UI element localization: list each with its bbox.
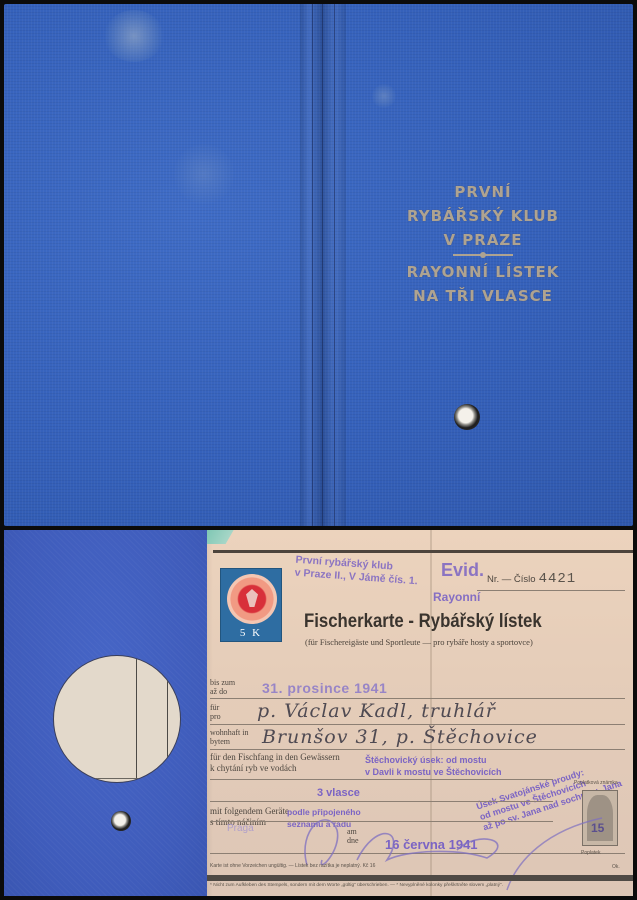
booklet-cover: PRVNÍ RYBÁŘSKÝ KLUB V PRAZE RAYONNÍ LÍST… [4,4,633,526]
cover-title: PRVNÍ RYBÁŘSKÝ KLUB V PRAZE RAYONNÍ LÍST… [388,180,578,308]
fishing-licence-card: 5 K První rybářský klub v Praze II., V J… [207,530,633,896]
fee-stamp: 15 [582,790,618,846]
issued-date-stamp: 16 června 1941 [385,837,478,852]
fee-stamp-label: Poplatková známka [574,780,618,786]
evid-stamp: Evid. [441,560,484,581]
card-title: Fischerkarte - Rybářský lístek [304,610,542,633]
bottom-rule [207,875,633,881]
issued-date-label: am dne [347,827,359,845]
residence-label: wohnhaft in bytem [210,728,248,746]
inner-flap [4,530,207,896]
cover-title-line: V PRAZE [388,228,578,252]
eyelet-icon [111,811,131,831]
footnote: Karte ist ohne Vorzeichen ungültig. — Lí… [210,863,375,869]
fee-stamp-bottom-label: Poplatek [581,850,600,856]
coat-of-arms-icon [227,574,277,624]
top-rule [213,550,633,553]
wear-stain [104,10,164,62]
residence-value: Brunšov 31, p. Štěchovice [262,726,538,748]
issued-place-stamp: Praga [227,823,254,834]
revenue-stamp: 5 K [220,568,282,642]
valid-until-value: 31. prosince 1941 [262,680,387,696]
holder-label: für pro [210,703,221,721]
card-subtitle: (für Fischereigäste und Sportleute — pro… [305,637,533,647]
licence-number: Nr. — Číslo4421 [487,571,576,587]
fee-stamp-value: 15 [591,821,604,835]
waters-label: für den Fischfang in den Gewässern k chy… [210,752,340,774]
rayonni-stamp: Rayonní [433,590,480,604]
waters-stamp: Štěchovický úsek: od mostu v Davli k mos… [365,754,502,778]
stamp-value: 5 K [221,627,281,639]
ornamental-divider [453,254,513,256]
club-stamp: První rybářský klub v Praze II., V Jámě … [294,554,419,589]
holder-name: p. Václav Kadl, truhlář [257,700,496,722]
valid-until-label: bis zum až do [210,678,235,696]
gear-stamp-main: 3 vlasce [317,787,360,799]
eyelet-icon [454,404,480,430]
cover-subtitle-line: RAYONNÍ LÍSTEK [388,260,578,284]
cover-title-line: PRVNÍ [388,180,578,204]
wear-stain [174,144,234,204]
cover-subtitle-line: NA TŘI VLASCE [388,284,578,308]
cover-title-line: RYBÁŘSKÝ KLUB [388,204,578,228]
footnote-bottom: * Nicht zum Aufkleben des Stempels, sond… [210,883,503,888]
photo-window [53,655,181,783]
wear-stain [372,84,396,108]
booklet-spine [300,4,346,526]
footnote-ok: Ok. [612,864,620,870]
corner-tab [207,530,243,544]
